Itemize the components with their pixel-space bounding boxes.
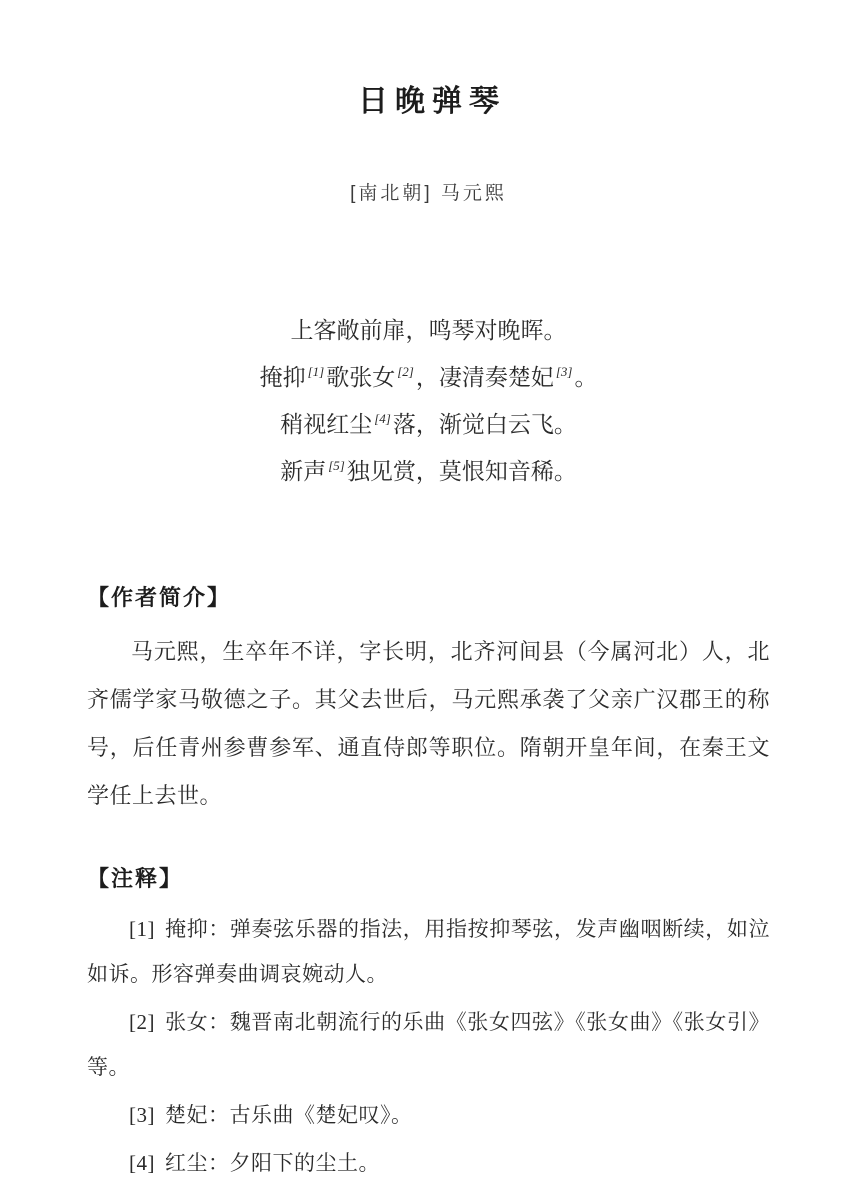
poem-text: 稍视红尘 <box>280 412 372 437</box>
poem-text: 独见赏，莫恨知音稀。 <box>347 459 577 484</box>
author-bio-heading: 【作者简介】 <box>87 581 770 612</box>
note-text: 红尘：夕阳下的尘土。 <box>165 1151 380 1175</box>
note-ref-3: [3] <box>554 364 575 379</box>
author-bio-paragraph: 马元熙，生卒年不详，字长明，北齐河间县（今属河北）人，北齐儒学家马敬德之子。其父… <box>87 628 770 820</box>
poem-title: 日晚弹琴 <box>87 0 770 120</box>
page-content: 日晚弹琴 [南北朝] 马元熙 上客敞前扉，鸣琴对晚晖。 掩抑[1]歌张女[2]，… <box>0 0 857 1179</box>
poem-text: 歌张女 <box>326 365 395 390</box>
book-page: 日晚弹琴 [南北朝] 马元熙 上客敞前扉，鸣琴对晚晖。 掩抑[1]歌张女[2]，… <box>0 0 857 1179</box>
poem-line-1: 上客敞前扉，鸣琴对晚晖。 <box>87 307 770 354</box>
note-item-4: [4]红尘：夕阳下的尘土。 <box>87 1141 770 1179</box>
note-ref-4: [4] <box>372 411 393 426</box>
author-attribution: [南北朝] 马元熙 <box>87 178 770 205</box>
note-item-3: [3]楚妃：古乐曲《楚妃叹》。 <box>87 1093 770 1138</box>
poem-text: 。 <box>574 365 597 390</box>
notes-heading: 【注释】 <box>87 862 770 893</box>
note-ref-1: [1] <box>306 364 327 379</box>
note-marker: [2] <box>129 1010 165 1034</box>
poem-text: 落，渐觉白云飞。 <box>393 412 577 437</box>
note-item-2: [2]张女：魏晋南北朝流行的乐曲《张女四弦》《张女曲》《张女引》等。 <box>87 1000 770 1090</box>
poem-text: 新声 <box>280 459 326 484</box>
note-marker: [1] <box>129 917 165 941</box>
note-text: 楚妃：古乐曲《楚妃叹》。 <box>165 1103 413 1127</box>
poem-body: 上客敞前扉，鸣琴对晚晖。 掩抑[1]歌张女[2]，凄清奏楚妃[3]。 稍视红尘[… <box>87 307 770 495</box>
notes-list: [1]掩抑：弹奏弦乐器的指法，用指按抑琴弦，发声幽咽断续，如泣如诉。形容弹奏曲调… <box>87 907 770 1179</box>
note-marker: [3] <box>129 1103 165 1127</box>
note-marker: [4] <box>129 1151 165 1175</box>
note-text: 张女：魏晋南北朝流行的乐曲《张女四弦》《张女曲》《张女引》等。 <box>87 1010 770 1079</box>
poem-text: ，凄清奏楚妃 <box>416 365 554 390</box>
note-item-1: [1]掩抑：弹奏弦乐器的指法，用指按抑琴弦，发声幽咽断续，如泣如诉。形容弹奏曲调… <box>87 907 770 997</box>
note-ref-2: [2] <box>395 364 416 379</box>
note-ref-5: [5] <box>326 458 347 473</box>
poem-text: 掩抑 <box>260 365 306 390</box>
note-text: 掩抑：弹奏弦乐器的指法，用指按抑琴弦，发声幽咽断续，如泣如诉。形容弹奏曲调哀婉动… <box>87 917 770 986</box>
poem-line-4: 新声[5]独见赏，莫恨知音稀。 <box>87 448 770 495</box>
poem-text: 上客敞前扉，鸣琴对晚晖。 <box>291 318 567 343</box>
poem-line-2: 掩抑[1]歌张女[2]，凄清奏楚妃[3]。 <box>87 354 770 401</box>
poem-line-3: 稍视红尘[4]落，渐觉白云飞。 <box>87 401 770 448</box>
